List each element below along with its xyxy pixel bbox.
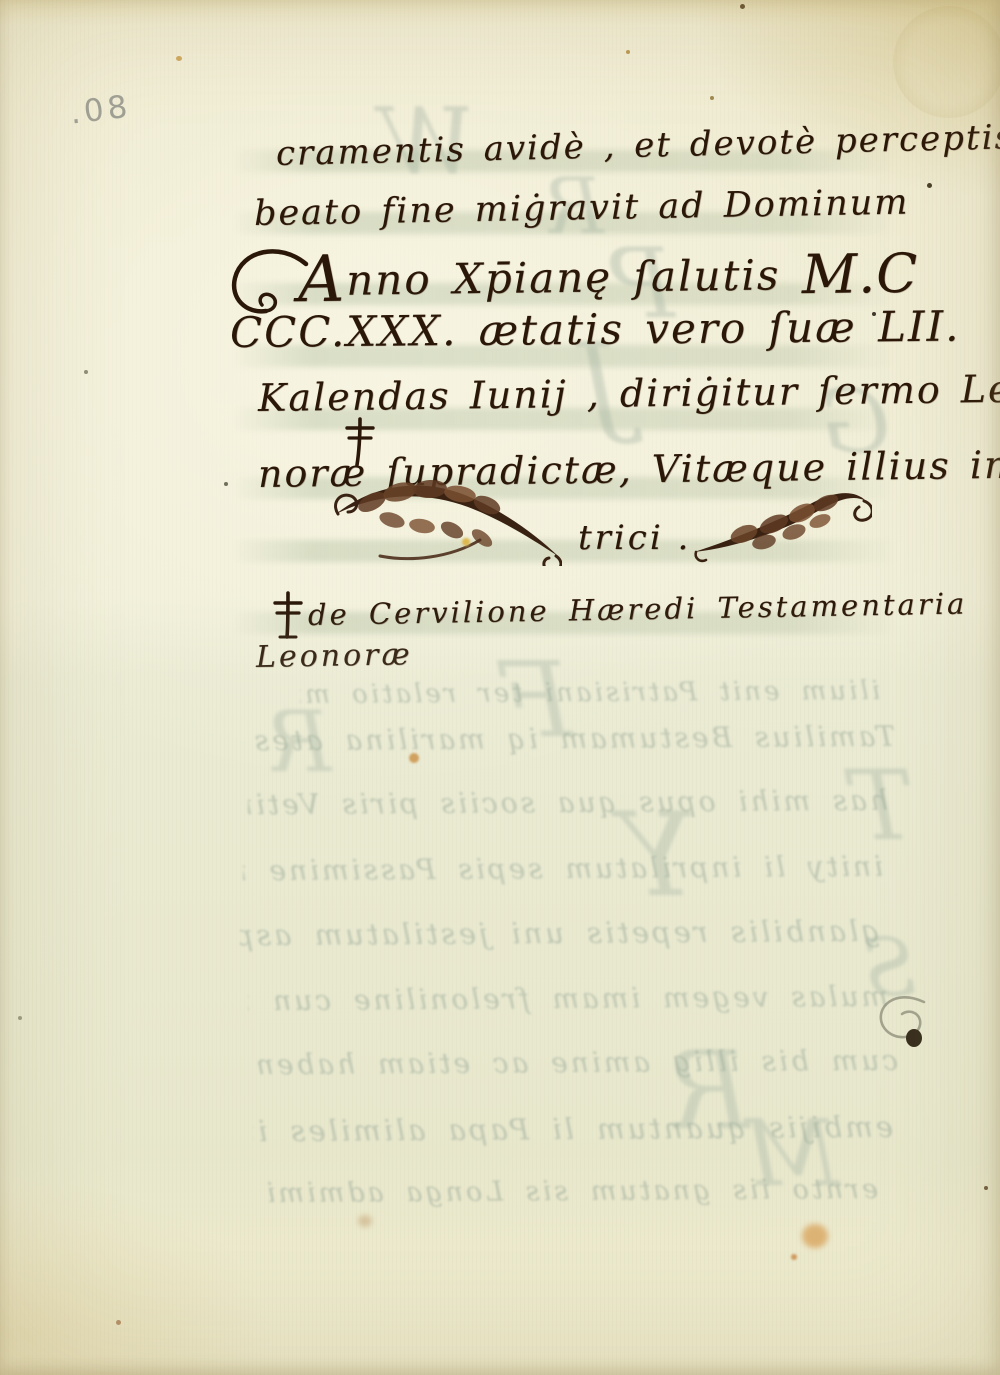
- bleed-through-line: glanbilis repetis uni jestilatum aspen e…: [240, 914, 880, 952]
- manuscript-line: trici .: [578, 518, 691, 558]
- manuscript-line: Kalendas Iunij , diriġitur ſermo Leo-: [258, 366, 1000, 420]
- foxing-spot: [791, 1254, 797, 1260]
- flourish-left-icon: [330, 478, 562, 566]
- foxing-spot: [84, 370, 88, 374]
- foxing-spot: [116, 1320, 121, 1325]
- foxing-spot: [927, 183, 932, 188]
- manuscript-page: W R P J G F T Y R R M S ilium enit Patri…: [0, 0, 1000, 1375]
- manuscript-line: CCC.XXX. ætatis vero ſuæ LII.: [230, 302, 961, 357]
- stain-ring: [893, 6, 1000, 118]
- ink-curl-icon: [870, 992, 940, 1054]
- foxing-spot: [984, 1186, 988, 1190]
- bleed-through-line: has mihi opus qua sociis piris Vetimivis…: [248, 784, 888, 821]
- foxing-spot: [802, 1224, 828, 1248]
- bleed-through-line: inity li inprilatum sepis Passimine illi…: [243, 850, 883, 887]
- footnote-line: Leonoræ: [256, 637, 413, 675]
- foxing-spot: [176, 56, 182, 61]
- foxing-spot: [710, 96, 714, 100]
- bleed-through-line: ilium enit Patrisiani ter relatio mi ban…: [300, 676, 880, 710]
- bleed-through-line: ernto iis gnatum sis Longa admimis bene: [268, 1174, 878, 1209]
- bleed-through-line: Tamilius Bestumam iq marilina ates quino: [255, 720, 895, 757]
- foxing-spot: [740, 4, 745, 9]
- foxing-spot: [358, 1215, 372, 1227]
- bleed-through-line: embijis quantum li Papa alimiles ita rei: [253, 1110, 893, 1148]
- roman-numeral: M.C: [801, 242, 919, 306]
- initial-swash-icon: [228, 248, 310, 320]
- foxing-spot: [18, 1016, 22, 1020]
- bleed-through-line: cum bis illig amine ac etiam habemis ea: [258, 1044, 898, 1081]
- foxing-spot: [224, 482, 228, 486]
- pencil-page-number: .08: [68, 88, 133, 131]
- manuscript-line: beato fine miġravit ad Dominum: [254, 183, 910, 234]
- insertion-mark-icon: [344, 416, 376, 468]
- manuscript-line-text: nno Xp̄ianę ſalutis: [346, 250, 802, 305]
- footnote-line: de Cervilione Hæredi Testamentaria: [308, 586, 968, 632]
- bleed-through-line: mulas vegem imam freloniline cun il puis: [248, 980, 888, 1017]
- foxing-spot: [626, 50, 630, 54]
- flourish-right-icon: [692, 488, 872, 566]
- footnote-mark-icon: [272, 590, 304, 642]
